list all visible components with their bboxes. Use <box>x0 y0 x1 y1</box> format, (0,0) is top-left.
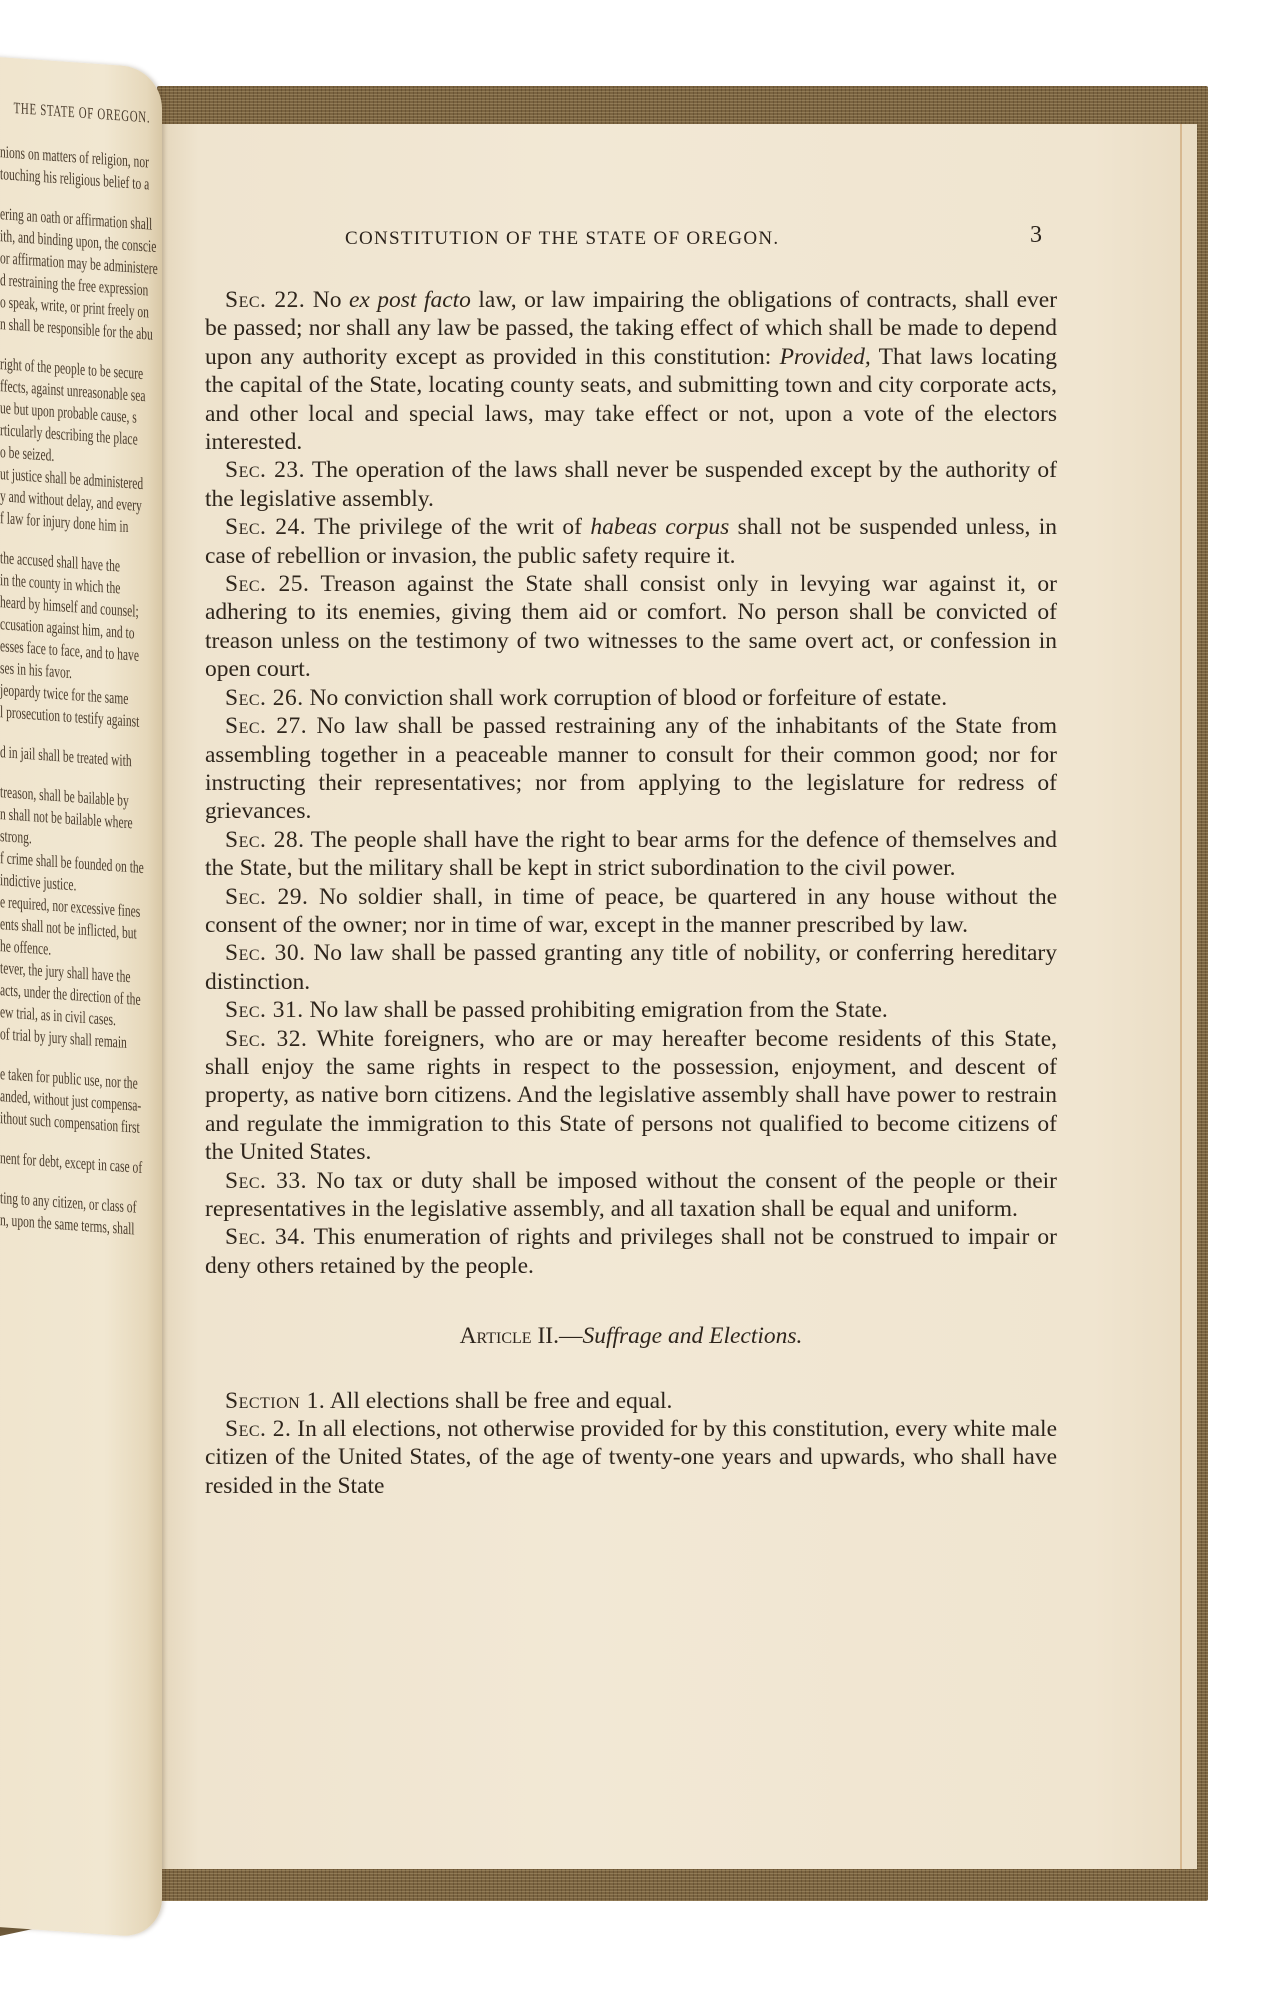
section-28: Sec. 28. The people shall have the right… <box>205 826 1057 883</box>
article-heading: Article II.—Suffrage and Elections. <box>205 1322 1057 1350</box>
running-head: CONSTITUTION OF THE STATE OF OREGON. <box>345 228 779 250</box>
page-fore-edge <box>1180 124 1182 1869</box>
section-29: Sec. 29. No soldier shall, in time of pe… <box>205 883 1057 940</box>
section-31: Sec. 31. No law shall be passed prohibit… <box>205 996 1057 1024</box>
page-body: Sec. 22. No ex post facto law, or law im… <box>205 286 1057 1500</box>
left-page-lines: nions on matters of religion, nortouchin… <box>0 141 136 1241</box>
section-25: Sec. 25. Treason against the State shall… <box>205 570 1057 684</box>
section-30: Sec. 30. No law shall be passed granting… <box>205 939 1057 996</box>
section-32: Sec. 32. White foreigners, who are or ma… <box>205 1025 1057 1167</box>
section-26: Sec. 26. No conviction shall work corrup… <box>205 684 1057 712</box>
section-34: Sec. 34. This enumeration of rights and … <box>205 1223 1057 1280</box>
article-2-section-2: Sec. 2. In all elections, not otherwise … <box>205 1415 1057 1500</box>
section-33: Sec. 33. No tax or duty shall be imposed… <box>205 1167 1057 1224</box>
left-running-head: THE STATE OF OREGON. <box>14 98 136 129</box>
left-page-text: THE STATE OF OREGON. nions on matters of… <box>0 97 136 1241</box>
section-27: Sec. 27. No law shall be passed restrain… <box>205 712 1057 826</box>
article-2-section-1: Section 1. All elections shall be free a… <box>205 1387 1057 1415</box>
section-23: Sec. 23. The operation of the laws shall… <box>205 456 1057 513</box>
page-number: 3 <box>1030 222 1042 249</box>
section-22: Sec. 22. No ex post facto law, or law im… <box>205 286 1057 456</box>
section-24: Sec. 24. The privilege of the writ of ha… <box>205 513 1057 570</box>
left-page: THE STATE OF OREGON. nions on matters of… <box>0 55 162 1938</box>
